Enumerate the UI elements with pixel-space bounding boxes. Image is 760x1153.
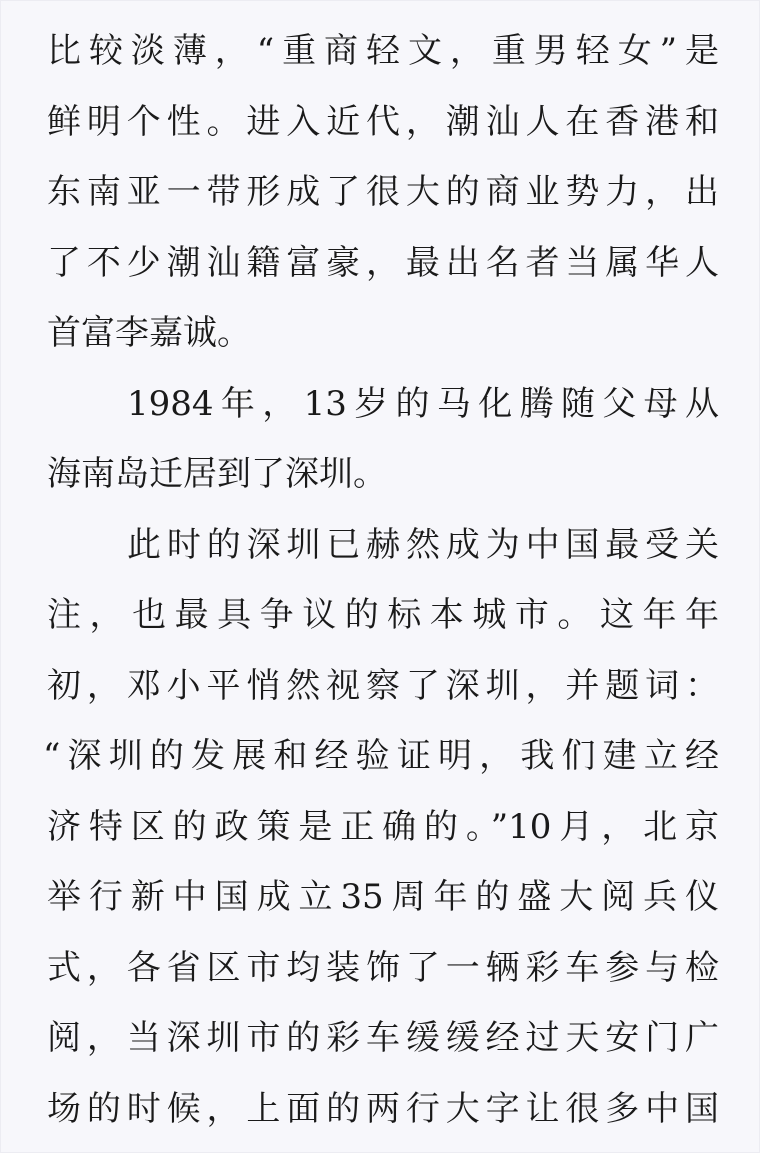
text-line: 初，邓小平悄然视察了深圳，并题词：	[47, 660, 719, 731]
text-line: 式，各省区市均装饰了一辆彩车参与检	[47, 942, 719, 1013]
text-line: 东南亚一带形成了很大的商业势力，出	[47, 166, 719, 237]
text-line: 阅，当深圳市的彩车缓缓经过天安门广	[47, 1012, 719, 1083]
text-line: 比较淡薄，“重商轻文，重男轻女”是	[47, 25, 719, 96]
text-line: 鲜明个性。进入近代，潮汕人在香港和	[47, 96, 719, 167]
text-line: 了不少潮汕籍富豪，最出名者当属华人	[47, 237, 719, 308]
text-line: 注，也最具争议的标本城市。这年年	[47, 589, 719, 660]
text-line: 场的时候，上面的两行大字让很多中国	[47, 1083, 719, 1153]
reader-page[interactable]: 比较淡薄，“重商轻文，重男轻女”是 鲜明个性。进入近代，潮汕人在香港和 东南亚一…	[0, 0, 760, 1153]
paragraph-first-line: 此时的深圳已赫然成为中国最受关	[47, 519, 719, 590]
text-line: 济特区的政策是正确的。”10月，北京	[47, 801, 719, 872]
text-line: 举行新中国成立35周年的盛大阅兵仪	[47, 871, 719, 942]
text-line: “深圳的发展和经验证明，我们建立经	[43, 730, 719, 801]
book-text-body: 比较淡薄，“重商轻文，重男轻女”是 鲜明个性。进入近代，潮汕人在香港和 东南亚一…	[47, 25, 719, 1153]
text-line: 首富李嘉诚。	[47, 307, 719, 378]
text-line: 海南岛迁居到了深圳。	[47, 448, 719, 519]
paragraph-first-line: 1984年，13岁的马化腾随父母从	[47, 378, 719, 449]
